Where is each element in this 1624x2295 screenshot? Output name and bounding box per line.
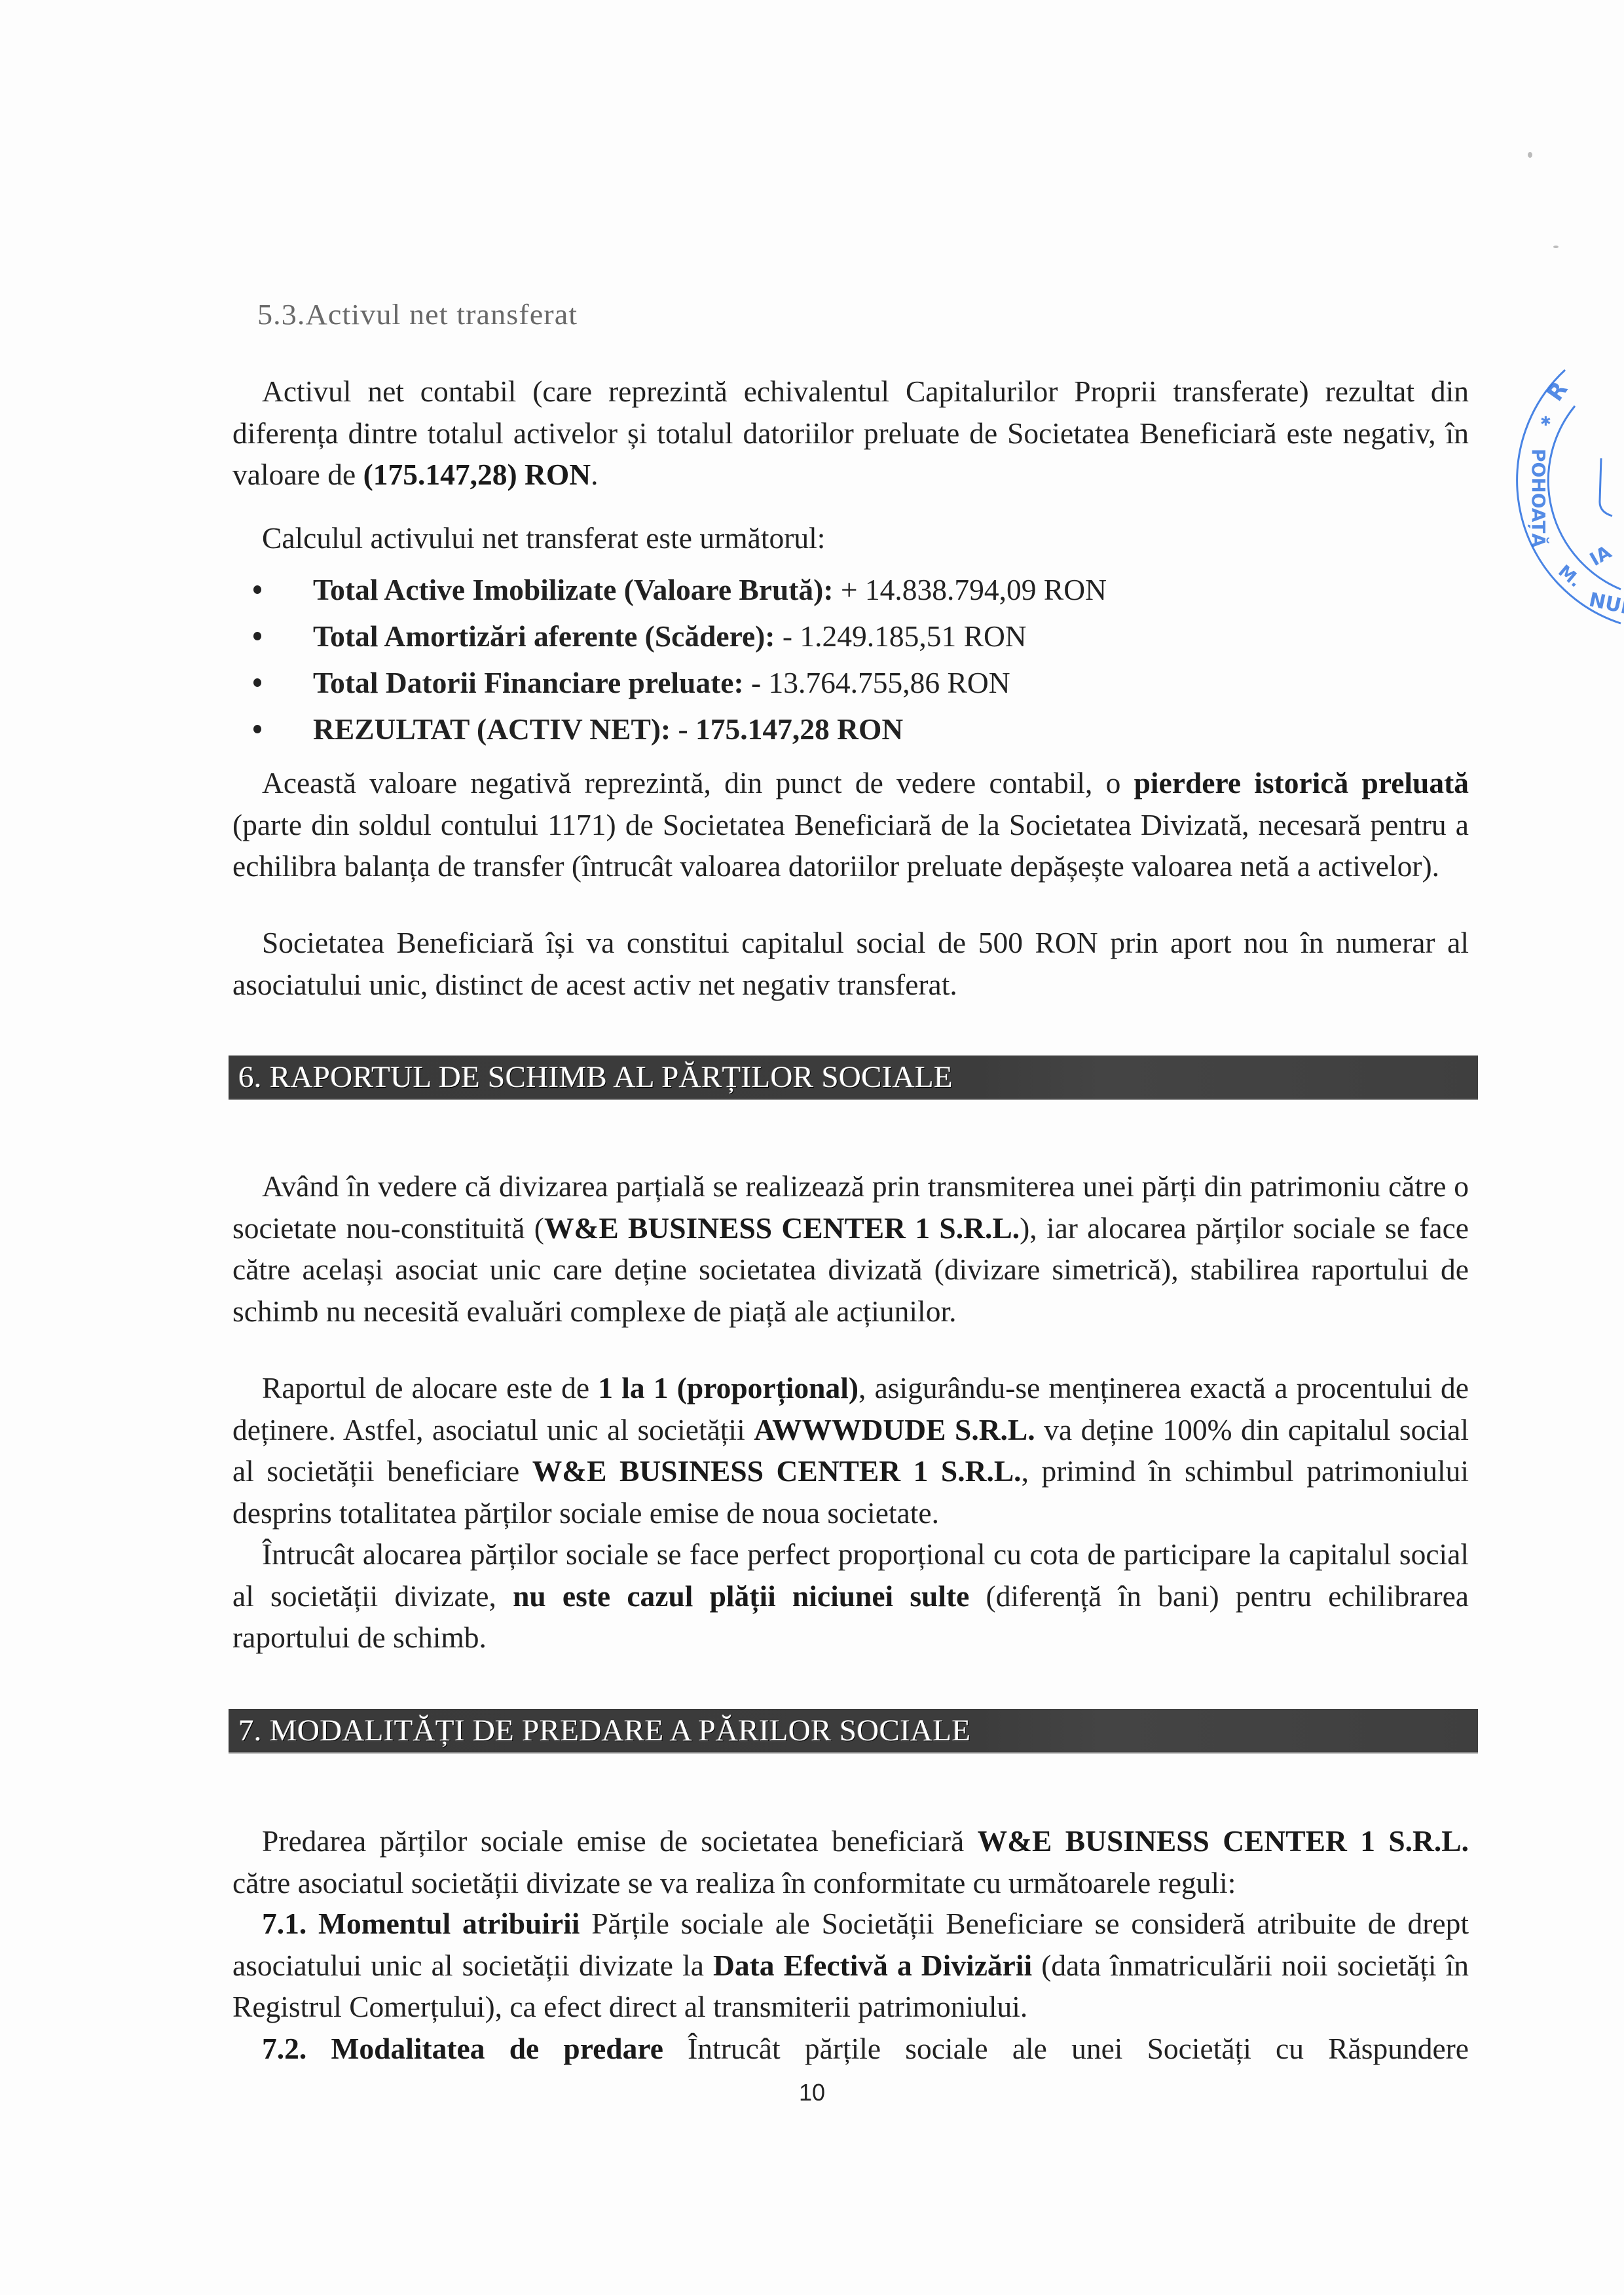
section-6-heading-bar: 6. RAPORTUL DE SCHIMB AL PĂRȚILOR SOCIAL… [229,1056,1478,1099]
svg-text:M.: M. [1555,561,1585,591]
company-name: W&E BUSINESS CENTER 1 S.R.L. [544,1211,1020,1245]
bullet-icon [253,632,261,640]
explanation-paragraph: Această valoare negativă reprezintă, din… [232,762,1469,887]
bullet-icon [253,585,261,594]
item-value: + 14.838.794,09 RON [833,573,1106,606]
item-7-2: 7.2. Modalitatea de predare Întrucât păr… [232,2028,1469,2070]
official-stamp: R ✱ POHOAȚĂ M. NUEL IA [1460,340,1624,629]
item-value: - 13.764.755,86 RON [744,666,1010,699]
item-value: - 175.147,28 RON [671,712,903,746]
net-asset-value: (175.147,28) RON [363,458,591,491]
item-7-1: 7.1. Momentul atribuirii Părțile sociale… [232,1903,1469,2028]
item-label: REZULTAT (ACTIV NET): [313,712,671,746]
scan-speck [1553,246,1559,248]
item-label: Total Active Imobilizate (Valoare Brută)… [313,573,833,606]
item-label: Total Datorii Financiare preluate: [313,666,744,699]
company-name: W&E BUSINESS CENTER 1 S.R.L. [978,1824,1469,1858]
subsection-heading: 5.3.Activul net transferat [257,298,578,331]
text: Întrucât părțile sociale ale unei Societ… [663,2032,1469,2065]
calculation-item: Total Amortizări aferente (Scădere): - 1… [232,613,1469,659]
emphasis: Data Efectivă a Divizării [713,1949,1032,1982]
document-page: 5.3.Activul net transferat Activul net c… [0,0,1624,2295]
company-name: W&E BUSINESS CENTER 1 S.R.L. [532,1454,1022,1488]
item-label: 7.1. Momentul atribuirii [262,1907,580,1940]
emphasis: pierdere istorică preluată [1134,766,1469,799]
capital-paragraph: Societatea Beneficiară își va constitui … [232,922,1469,1005]
calculation-item-result: REZULTAT (ACTIV NET): - 175.147,28 RON [232,706,1469,752]
item-label: Total Amortizări aferente (Scădere): [313,619,775,653]
text: către asociatul societății divizate se v… [232,1866,1236,1900]
item-label: 7.2. Modalitatea de predare [262,2032,663,2065]
text: Raportul de alocare este de [262,1371,598,1405]
calculation-intro: Calculul activului net transferat este u… [232,517,1469,559]
calculation-list: Total Active Imobilizate (Valoare Brută)… [232,566,1469,752]
section-6-paragraph-1: Având în vedere că divizarea parțială se… [232,1166,1469,1332]
page-number: 10 [779,2079,845,2106]
section-6-paragraph-2: Raportul de alocare este de 1 la 1 (prop… [232,1367,1469,1533]
section-7-title: 7. MODALITĂȚI DE PREDARE A PĂRILOR SOCIA… [238,1713,970,1748]
bullet-icon [253,678,261,687]
scan-speck [1528,152,1532,158]
calculation-item: Total Datorii Financiare preluate: - 13.… [232,659,1469,706]
calculation-item: Total Active Imobilizate (Valoare Brută)… [232,566,1469,613]
bullet-icon [253,725,261,733]
svg-text:R: R [1542,377,1574,406]
stamp-icon: R ✱ POHOAȚĂ M. NUEL IA [1460,340,1624,629]
section-6-title: 6. RAPORTUL DE SCHIMB AL PĂRȚILOR SOCIAL… [238,1059,953,1095]
intro-text-end: . [591,458,598,491]
net-asset-intro-paragraph: Activul net contabil (care reprezintă ec… [232,371,1469,496]
allocation-ratio: 1 la 1 (proporțional) [598,1371,858,1405]
item-value: - 1.249.185,51 RON [775,619,1026,653]
section-7-intro: Predarea părților sociale emise de socie… [232,1820,1469,1903]
text: (parte din soldul contului 1171) de Soci… [232,808,1469,883]
company-name: AWWWDUDE S.R.L. [754,1413,1035,1446]
svg-text:✱: ✱ [1540,413,1551,429]
section-7-heading-bar: 7. MODALITĂȚI DE PREDARE A PĂRILOR SOCIA… [229,1709,1478,1752]
emphasis: nu este cazul plății niciunei sulte [513,1579,969,1613]
section-6-paragraph-3: Întrucât alocarea părților sociale se fa… [232,1533,1469,1659]
svg-text:IA: IA [1586,541,1615,570]
svg-text:POHOAȚĂ: POHOAȚĂ [1528,449,1550,547]
text: Această valoare negativă reprezintă, din… [262,766,1134,799]
text: Predarea părților sociale emise de socie… [262,1824,978,1858]
